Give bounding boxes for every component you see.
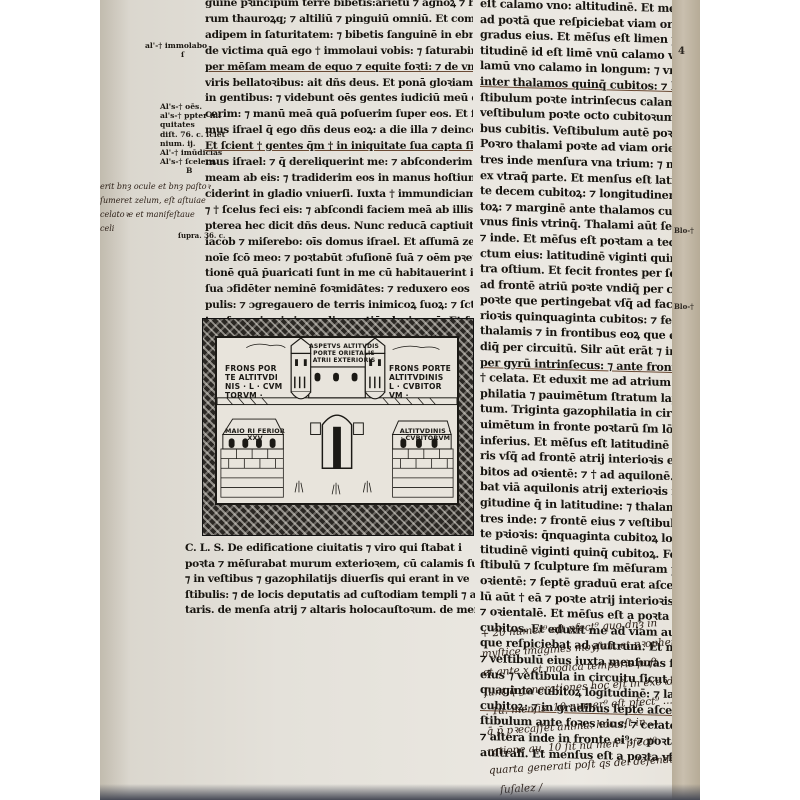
text-line: rum thauroꝝq; ⁊ altiliū ⁊ pinguiū omniū.… [205,12,473,28]
text-line: ſtibulis: ⁊ de locis deputatis ad cuſtod… [185,588,475,604]
text-line: mus iſrael q̄ ego dñs deus eoꝝ: a die il… [205,123,473,139]
text-line: guinē pꝛincipum terre bibetis:arietū ⁊ a… [205,0,473,12]
woodcut-right-label: FRONS PORTE ALTITVDINIS L · CVBITOR VM · [389,364,451,400]
woodcut-gate-scene: ASPETVS ALTITVDIS PORTE ORIETALIS ATRII … [215,336,459,505]
text-line: poꝛta ⁊ mēſurabat murum exterioꝛem, cū c… [185,557,475,573]
label-line: FRONS POR [225,364,282,373]
edge-mark: Blo-† [674,302,694,311]
text-line: mus iſrael: ⁊ q̄ dereliquerint me: ⁊ abſ… [205,155,473,171]
text-line: pterea hec dicit dñs deus. Nunc reducā c… [205,219,473,235]
label-line: XXV [225,435,285,442]
text-line: pulis: ⁊ ɔgregauero de terris inimicoꝝ ſ… [205,298,473,314]
woodcut-caption-top: ASPETVS ALTITVDIS PORTE ORIETALIS ATRII … [309,343,379,364]
text-line: viris bellatoꝛibus: ait dñs deus. Et pon… [205,76,473,92]
handwritten-line: ſumeret zelum, eſt aſtuiae [100,194,210,208]
text-line: de victima quā ego † immolaui vobis: ⁊ ſ… [205,44,473,60]
label-line: VM · [389,391,451,400]
text-line: taris. de menſa atrij ⁊ altaris holocauſ… [185,603,475,619]
label-line: L · CVBITOR [389,382,451,391]
caption-line: ATRII EXTERIORIS [309,357,379,364]
table-surface-shadow [100,784,700,800]
text-line: in gentibus: ⁊ videbunt oēs gentes iudic… [205,91,473,107]
book-page-photo: al'-† immolabo ſ Al's-† oēs. al's-† ppte… [100,0,700,800]
label-line: TE ALTITVDI [225,373,282,382]
label-line: TORVM · [225,391,282,400]
text-line: per mēſam meam de equo ⁊ equite foꝛti: ⁊… [205,60,473,76]
woodcut-left-sublabel: MAIO RI FERIOR XXV [225,428,285,442]
text-line: ſua ɔfidēter neminē foꝛmidātes: ⁊ reduxe… [205,282,473,298]
text-line: noīe ſcō meo: ⁊ poꝛtabūt ɔfuſionē ſuā ⁊ … [205,251,473,267]
chapter-summary-text: C. L. S. De edificatione ciuitatis ⁊ vir… [185,541,475,619]
gloss-line: al'-† immolabo [145,41,207,50]
woodcut-left-label: FRONS POR TE ALTITVDI NIS · L · CVM TORV… [225,364,282,400]
label-line: NIS · L · CVM [225,382,282,391]
text-line: iacob ⁊ miſerebo: oīs domus iſrael. Et a… [205,235,473,251]
handwritten-note-bottom: + 20 numer⁹ eſt pfect⁹ quo dnȝ in myſtic… [480,612,695,800]
text-line: ⁊ in veſtibus ⁊ gazophilatijs diuerſis q… [185,572,475,588]
edge-mark: Blo-† [674,226,694,235]
gloss-line: ſ [145,50,207,59]
handwritten-line: celatoꝛe et manifeſtaue [100,208,210,222]
text-line: ⁊ † ſcelus feci eis: ⁊ abſcondi faciem m… [205,203,473,219]
text-line: cerim: ⁊ manū meā quā poſuerim ſuper eos… [205,107,473,123]
label-line: FRONS PORTE [389,364,451,373]
text-line: Et ſcient † gentes q̄m † in iniquitate ſ… [205,139,473,155]
caption-line: ASPETVS ALTITVDIS [309,343,379,350]
edge-mark: 4 [678,46,685,57]
caption-line: PORTE ORIETALIS [309,350,379,357]
side-gloss-top: al'-† immolabo ſ [145,41,207,59]
handwritten-line: celi [100,222,210,236]
label-line: ALTITVDINIS [389,373,451,382]
text-line: tionē quā p̄uaricati ſunt in me cū habit… [205,266,473,282]
gutter-shadow [100,0,130,800]
text-line: meam ab eis: ⁊ tradiderim eos in manus h… [205,171,473,187]
label-line: · CVBITORVM [400,435,451,442]
handwritten-note-left: erit bnȝ ocule et bnȝ paſtoꝛ ſumeret zel… [100,180,210,236]
text-line: adipem in ſaturitatem: ⁊ bibetis ſanguin… [205,28,473,44]
woodcut-right-sublabel: ALTITVDINIS · · CVBITORVM [400,428,451,442]
next-page-edge: 4 Blo-† Blo-† [672,0,700,800]
text-line: ciderint in gladio vniuerſi. Iuxta † imm… [205,187,473,203]
chapter-heading-line: C. L. S. De edificatione ciuitatis ⁊ vir… [185,541,475,557]
woodcut-illustration: ASPETVS ALTITVDIS PORTE ORIETALIS ATRII … [202,318,474,536]
handwritten-line: erit bnȝ ocule et bnȝ paſtoꝛ [100,180,210,194]
